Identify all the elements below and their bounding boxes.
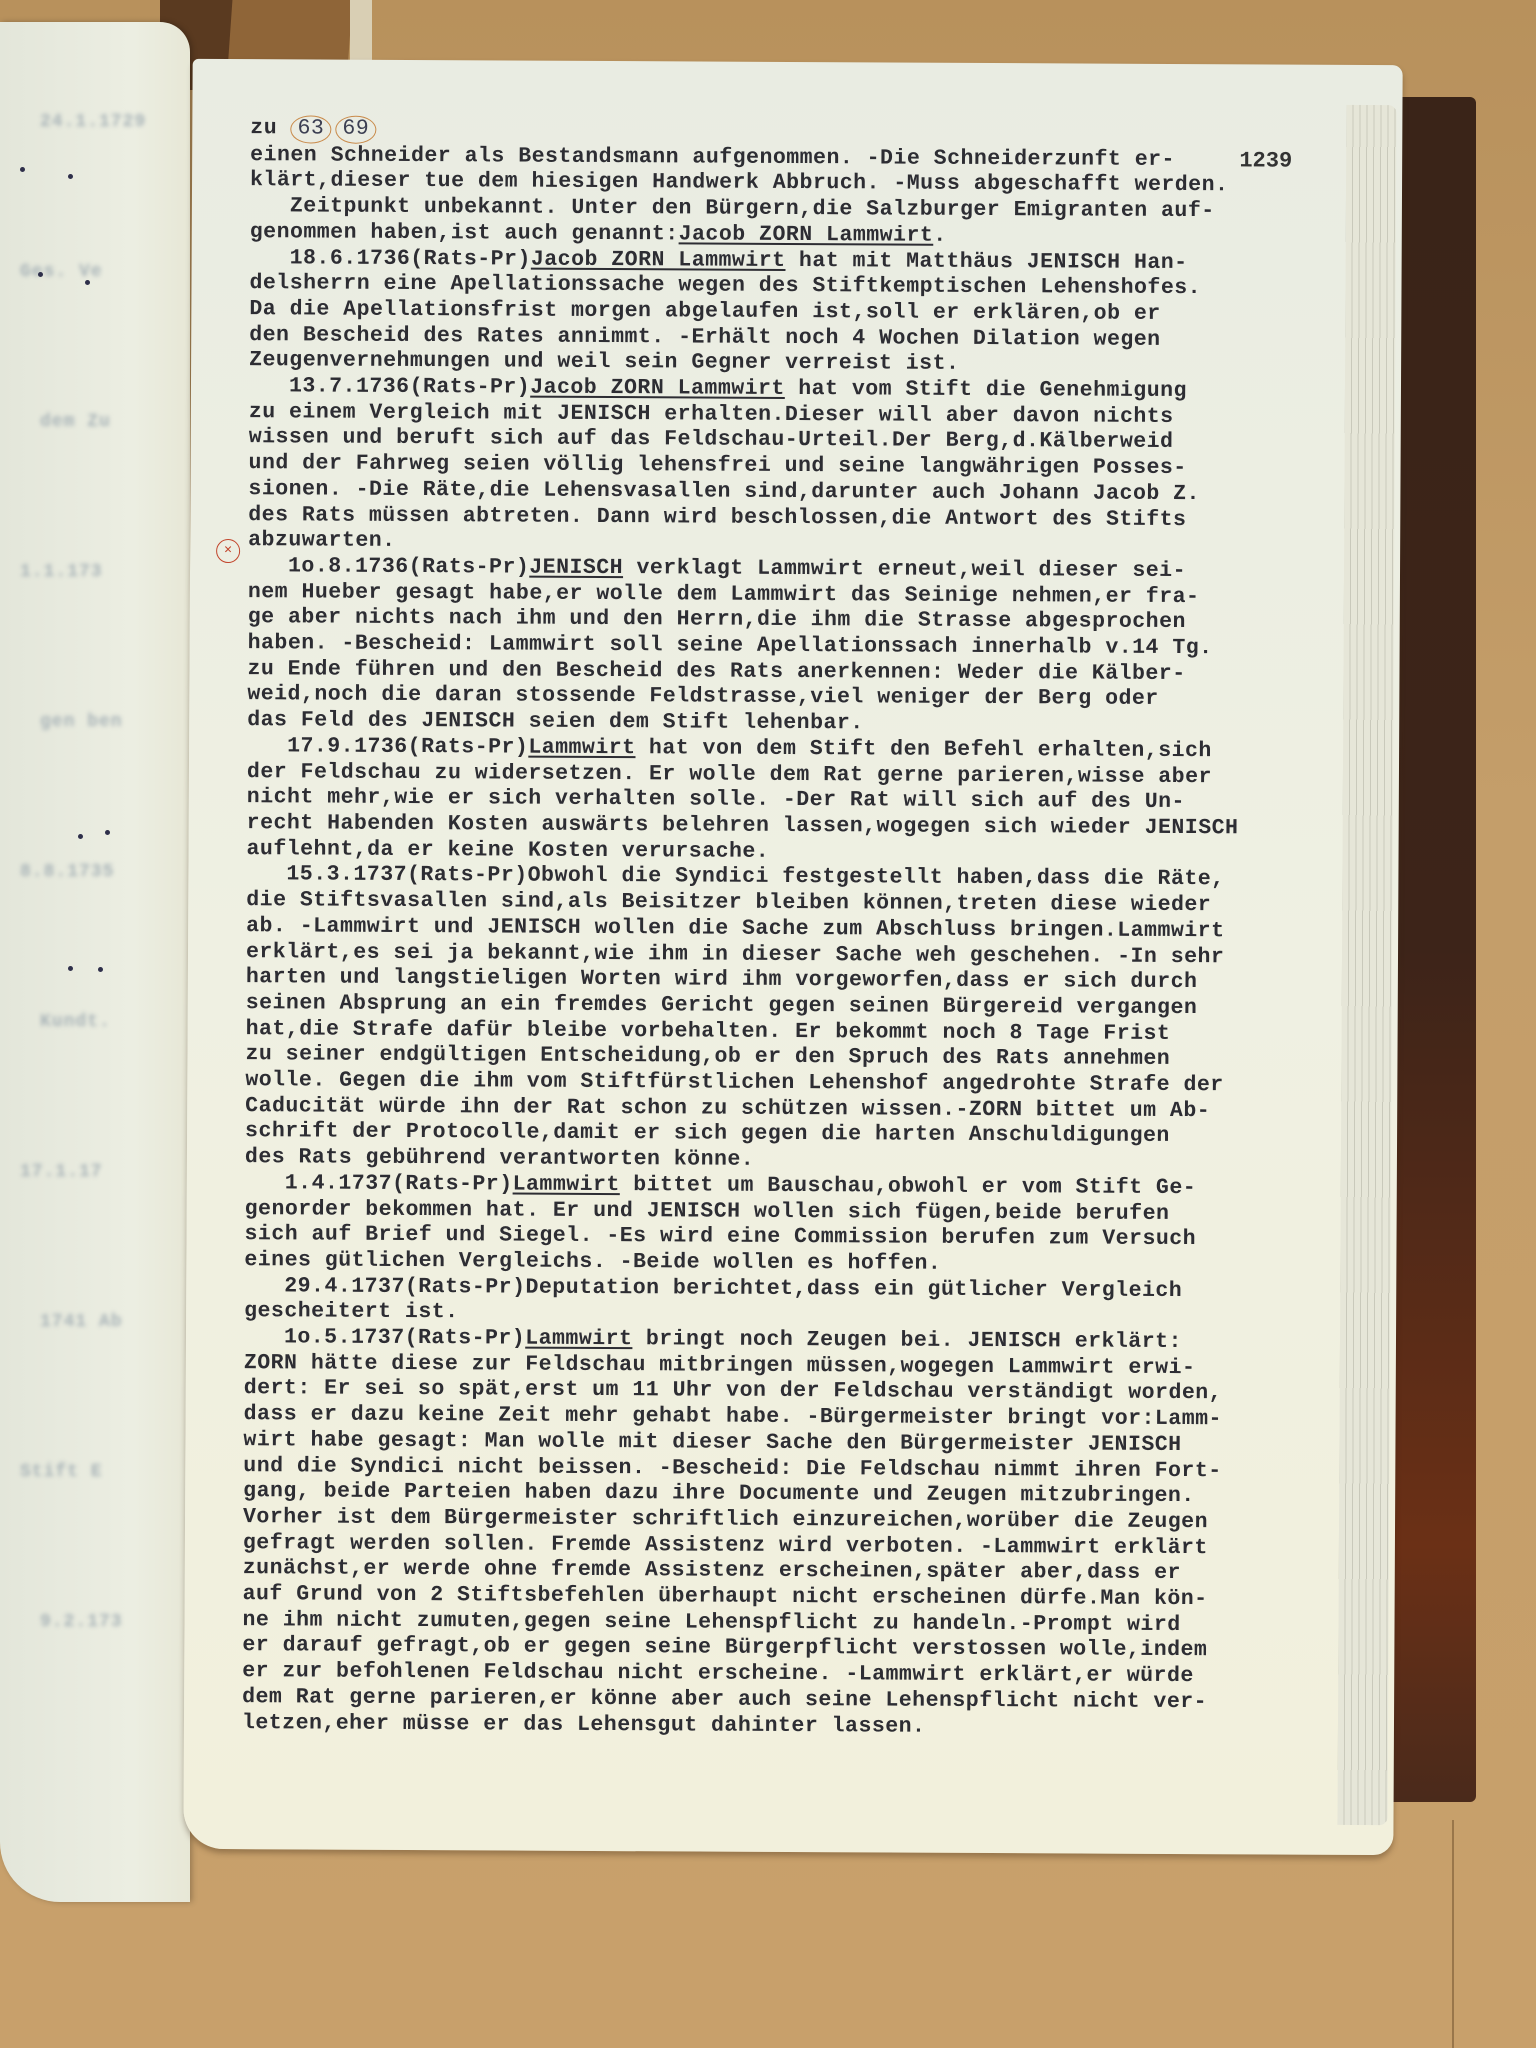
reference-number: 69: [335, 116, 376, 144]
line-text: und der Fahrweg seien völlig lehensfrei …: [249, 451, 1187, 480]
reference-number: 63: [290, 115, 331, 143]
left-page-ghost-text: dem Zu: [40, 412, 111, 432]
left-page-ghost-text: Ges. Ve: [20, 262, 103, 282]
ink-dot: [68, 174, 73, 179]
entry-date: 29.4.1737(Rats-Pr): [284, 1274, 525, 1299]
line-text: schrift der Protocolle,damit er sich geg…: [245, 1120, 1170, 1149]
line-text: auf Grund von 2 Stiftsbefehlen überhaupt…: [243, 1582, 1208, 1611]
entry-date: 15.3.1737(Rats-Pr): [286, 863, 527, 888]
line-text: abzuwarten.: [248, 528, 396, 553]
underlined-name: Jacob ZORN Lammwirt: [531, 247, 786, 272]
line-text: ne ihm nicht zumuten,gegen seine Lehensp…: [242, 1608, 1180, 1637]
line-text: gefragt werden sollen. Fremde Assistenz …: [243, 1531, 1208, 1560]
line-text: und die Syndici nicht beissen. -Bescheid…: [243, 1454, 1221, 1483]
line-text: wissen und beruft sich auf das Feldschau…: [249, 426, 1174, 455]
line-text: ge aber nichts nach ihm und den Herrn,di…: [248, 606, 1186, 635]
ink-dot: [38, 272, 43, 277]
line-text: genorder bekommen hat. Er und JENISCH wo…: [245, 1197, 1170, 1226]
line-text: sich auf Brief und Siegel. -Es wird eine…: [244, 1222, 1196, 1251]
line-text: nem Hueber gesagt habe,er wolle dem Lamm…: [248, 580, 1200, 609]
line-text: Vorher ist dem Bürgermeister schriftlich…: [243, 1505, 1208, 1534]
line-text: bittet um Bauschau,obwohl er vom Stift G…: [620, 1173, 1196, 1200]
line-text: haben. -Bescheid: Lammwirt soll seine Ap…: [248, 631, 1213, 660]
line-text: delsherrn eine Apellationssache wegen de…: [249, 271, 1201, 300]
line-text: eines gütlichen Vergleichs. -Beide wolle…: [244, 1248, 941, 1276]
line-text: nicht mehr,wie er sich verhalten solle. …: [247, 785, 1185, 814]
left-page: 24.1.1729Ges. Vedem Zu1.1.173gen ben8.8.…: [0, 22, 190, 1902]
line-text: sionen. -Die Räte,die Lehensvasallen sin…: [248, 477, 1200, 506]
line-text: die Stiftsvasallen sind,als Beisitzer bl…: [246, 888, 1211, 917]
line-text: des Rats gebührend verantworten könne.: [245, 1145, 754, 1172]
page-content: zu 6369 einen Schneider als Bestandsmann…: [242, 115, 1410, 1742]
line-text: Zeugenvernehmungen und weil sein Gegner …: [249, 348, 959, 376]
left-page-ghost-text: gen ben: [40, 712, 123, 732]
line-text: Caducität würde ihn der Rat schon zu sch…: [245, 1094, 1210, 1123]
line-text: Zeitpunkt unbekannt. Unter den Bürgern,d…: [290, 194, 1215, 223]
ink-dot: [98, 967, 103, 972]
line-text: hat vom Stift die Genehmigung: [785, 377, 1187, 403]
underlined-name: JENISCH: [529, 556, 623, 580]
ink-dot: [78, 834, 83, 839]
underlined-name: Lammwirt: [528, 735, 635, 760]
line-text: hat,die Strafe dafür bleibe vorbehalten.…: [246, 1017, 1171, 1046]
entry-date: 1o.8.1736(Rats-Pr): [288, 554, 529, 579]
ink-dot: [105, 830, 110, 835]
line-text: zu einem Vergleich mit JENISCH erhalten.…: [249, 400, 1174, 429]
line-text: zunächst,er werde ohne fremde Assistenz …: [243, 1557, 1181, 1586]
entry-date: 1o.5.1737(Rats-Pr): [284, 1325, 525, 1350]
line-text: klärt,dieser tue dem hiesigen Handwerk A…: [250, 169, 1228, 198]
line-text: er darauf gefragt,ob er gegen seine Bürg…: [242, 1634, 1207, 1663]
margin-mark: ✕: [216, 539, 240, 563]
line-text: wolle. Gegen die ihm vom Stiftfürstliche…: [245, 1068, 1223, 1097]
line-text: das Feld des JENISCH seien dem Stift leh…: [247, 708, 864, 735]
left-page-ghost-text: 17.1.17: [20, 1162, 103, 1182]
line-text: zu seiner endgültigen Entscheidung,ob er…: [245, 1042, 1170, 1071]
line-text: der Feldschau zu widersetzen. Er wolle d…: [247, 760, 1212, 789]
line-text: gescheitert ist.: [244, 1299, 459, 1324]
line-text: Deputation berichtet,dass ein gütlicher …: [525, 1275, 1182, 1302]
entry-date: 18.6.1736(Rats-Pr): [290, 246, 531, 271]
line-text: genommen haben,ist auch genannt:: [250, 220, 679, 246]
line-text: dert: Er sei so spät,erst um 11 Uhr von …: [244, 1377, 1222, 1406]
background-strip: [350, 0, 372, 62]
line-text: ab. -Lammwirt und JENISCH wollen die Sac…: [246, 914, 1224, 943]
table-seam: [1452, 1820, 1454, 2048]
line-text: den Bescheid des Rates annimmt. -Erhält …: [249, 323, 1160, 352]
line-text: dass er dazu keine Zeit mehr gehabt habe…: [244, 1402, 1222, 1431]
line-text: hat von dem Stift den Befehl erhalten,si…: [635, 736, 1211, 763]
reference-prefix: zu: [250, 116, 277, 140]
underlined-name: Jacob ZORN Lammwirt: [530, 376, 785, 401]
left-page-ghost-text: 1741 Ab: [40, 1312, 123, 1332]
line-text: wirt habe gesagt: Man wolle mit dieser S…: [243, 1428, 1181, 1457]
line-text: recht Habenden Kosten auswärts belehren …: [247, 811, 1239, 840]
line-text: des Rats müssen abtreten. Dann wird besc…: [248, 503, 1186, 532]
line-text: Obwohl die Syndici festgestellt haben,da…: [528, 864, 1225, 892]
line-text: weid,noch die daran stossende Feldstrass…: [247, 683, 1158, 712]
line-text: zu Ende führen und den Bescheid des Rats…: [247, 657, 1185, 686]
left-page-ghost-text: Stift E: [20, 1462, 103, 1482]
line-text: harten und langstieligen Worten wird ihm…: [246, 965, 1198, 994]
entry-date: 1.4.1737(Rats-Pr): [285, 1171, 513, 1196]
right-page: 1239 ✕ zu 6369 einen Schneider als Besta…: [183, 59, 1402, 1855]
line-text: verklagt Lammwirt erneut,weil dieser sei…: [623, 556, 1186, 583]
underlined-name: Lammwirt: [525, 1327, 632, 1352]
line-text: dem Rat gerne parieren,er könne aber auc…: [242, 1685, 1207, 1714]
line-text: seinen Absprung an ein fremdes Gericht g…: [246, 991, 1198, 1020]
underlined-name: Lammwirt: [513, 1172, 620, 1197]
left-page-ghost-text: 8.8.1735: [20, 862, 114, 882]
line-text: ZORN hätte diese zur Feldschau mitbringe…: [244, 1351, 1196, 1380]
line-text: hat mit Matthäus JENISCH Han-: [785, 248, 1187, 274]
text-line: letzen,eher müsse er das Lehensgut dahin…: [242, 1711, 1402, 1743]
line-text: erklärt,es sei ja bekannt,wie ihm in die…: [246, 940, 1224, 969]
line-text: bringt noch Zeugen bei. JENISCH erklärt:: [632, 1327, 1182, 1354]
line-text: letzen,eher müsse er das Lehensgut dahin…: [242, 1711, 926, 1739]
line-text: Da die Apellationsfrist morgen abgelaufe…: [249, 297, 1160, 326]
ink-dot: [68, 966, 73, 971]
entry-date: 17.9.1736(Rats-Pr): [287, 734, 528, 759]
line-text: einen Schneider als Bestandsmann aufgeno…: [250, 143, 1175, 172]
entry-date: 13.7.1736(Rats-Pr): [289, 374, 530, 399]
left-page-ghost-text: 9.2.173: [40, 1612, 123, 1632]
line-text: auflehnt,da er keine Kosten verursache.: [246, 837, 769, 864]
text-lines: einen Schneider als Bestandsmann aufgeno…: [242, 143, 1410, 1743]
line-text: .: [933, 224, 947, 248]
left-page-ghost-text: 1.1.173: [20, 562, 103, 582]
ink-dot: [20, 167, 25, 172]
line-text: gang, beide Parteien haben dazu ihre Doc…: [243, 1479, 1195, 1508]
left-page-ghost-text: 24.1.1729: [40, 112, 146, 132]
left-page-ghost-text: Kundt.: [40, 1012, 111, 1032]
line-text: er zur befohlenen Feldschau nicht ersche…: [242, 1659, 1194, 1688]
underlined-name: Jacob ZORN Lammwirt: [679, 222, 934, 247]
ink-dot: [85, 280, 90, 285]
